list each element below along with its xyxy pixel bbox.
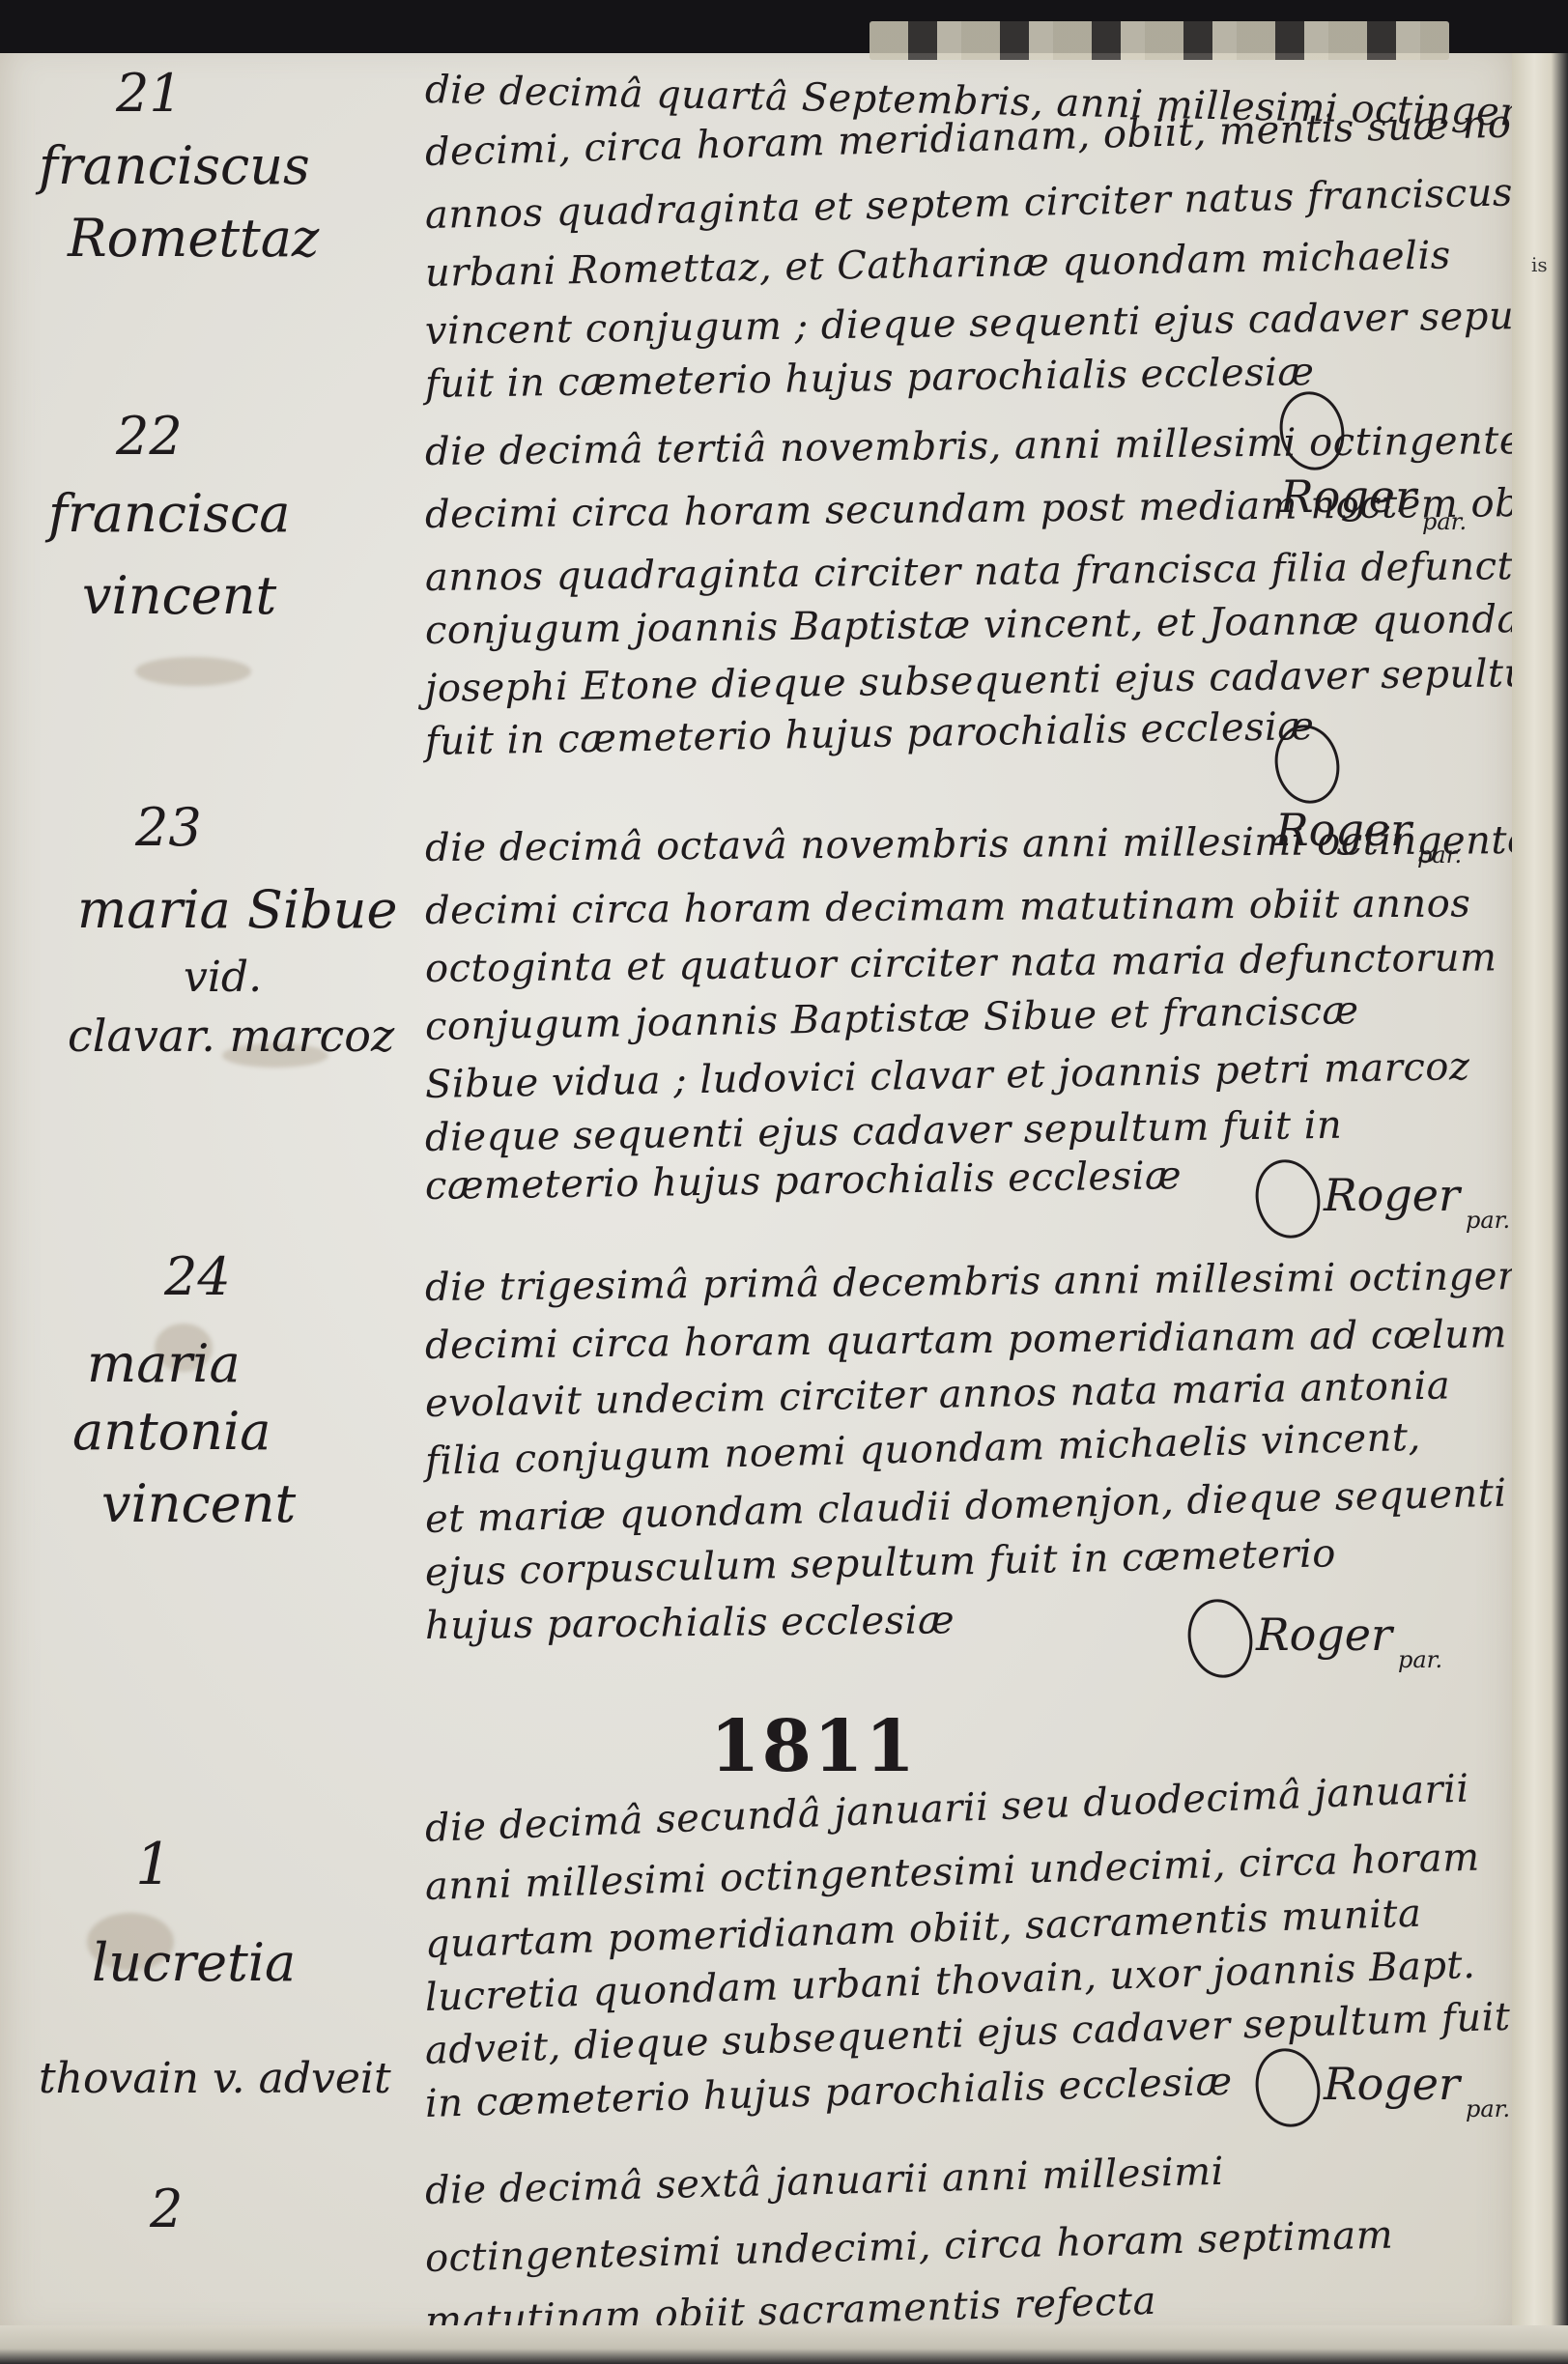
margin-name-line: vid. bbox=[184, 947, 262, 1009]
entry-text-line: conjugum joannis Baptistæ vincent, et Jo… bbox=[425, 597, 1558, 653]
margin-name-line: lucretia bbox=[92, 1932, 296, 1994]
entry-text-line: ejus corpusculum sepultum fuit in cæmete… bbox=[425, 1531, 1337, 1595]
torn-page-edge bbox=[870, 21, 1449, 60]
signature-flourish bbox=[1268, 719, 1347, 810]
margin-name-line: clavar. marcoz bbox=[68, 1005, 394, 1067]
priest-signature: Rogerpar. bbox=[1188, 1599, 1442, 1678]
margin-name-line: antonia bbox=[72, 1401, 271, 1463]
margin-name-line: franciscus bbox=[39, 135, 310, 197]
signature-flourish bbox=[1248, 1154, 1327, 1244]
entry-number: 22 bbox=[116, 406, 183, 467]
scan-bottom-border bbox=[0, 2325, 1568, 2364]
signature-name: Roger bbox=[1256, 1609, 1392, 1661]
margin-name-line: vincent bbox=[101, 1473, 296, 1535]
signature-flourish bbox=[1181, 1593, 1260, 1684]
entry-number: 21 bbox=[116, 63, 183, 124]
margin-name-line: thovain v. adveit bbox=[39, 2048, 391, 2110]
entry-text-line: cæmeterio hujus parochialis ecclesiæ bbox=[425, 1154, 1183, 1209]
entry-text-line: annos quadraginta et septem circiter nat… bbox=[425, 166, 1568, 238]
entry-text-line: decimi circa horam secundam post mediam … bbox=[425, 481, 1562, 537]
signature-title: par. bbox=[1398, 1646, 1442, 1673]
entry-number: 23 bbox=[135, 797, 202, 858]
entry-text-line: conjugum joannis Baptistæ Sibue et franc… bbox=[425, 988, 1359, 1049]
margin-name-line: maria bbox=[87, 1333, 241, 1395]
page-binding-edge bbox=[1512, 53, 1568, 2364]
signature-title: par. bbox=[1466, 2095, 1510, 2122]
year-heading: 1811 bbox=[710, 1705, 917, 1788]
signature-name: Roger bbox=[1324, 2058, 1460, 2110]
margin-name-line: francisca bbox=[48, 483, 290, 545]
signature-name: Roger bbox=[1324, 1169, 1460, 1221]
entry-text-line: die decimâ secundâ januarii seu duodecim… bbox=[424, 1766, 1469, 1850]
signature-title: par. bbox=[1466, 1207, 1510, 1234]
entry-text-line: octingentesimi undecimi, circa horam sep… bbox=[424, 2213, 1393, 2281]
stray-margin-text: is bbox=[1531, 253, 1548, 276]
margin-name-line: maria Sibue bbox=[77, 879, 397, 941]
entry-text-line: octoginta et quatuor circiter nata maria… bbox=[425, 935, 1497, 991]
entry-text-line: fuit in cæmeterio hujus parochialis eccl… bbox=[425, 704, 1315, 764]
entry-text-line: decimi circa horam quartam pomeridianam … bbox=[425, 1312, 1507, 1368]
entry-text-line: josephi Etone dieque subsequenti ejus ca… bbox=[425, 651, 1567, 711]
entry-text-line: Sibue vidua ; ludovici clavar et joannis… bbox=[425, 1044, 1470, 1107]
entry-text-line: dieque sequenti ejus cadaver sepultum fu… bbox=[425, 1103, 1343, 1160]
entry-text-line: decimi circa horam decimam matutinam obi… bbox=[425, 881, 1471, 933]
entry-text-line: hujus parochialis ecclesiæ bbox=[425, 1598, 955, 1648]
entry-number: 1 bbox=[135, 1831, 172, 1898]
manuscript-page: 21 franciscus Romettaz die decimâ quartâ… bbox=[0, 39, 1517, 2343]
entry-text-line: die decimâ octavâ novembris anni millesi… bbox=[425, 817, 1568, 870]
entry-text-line: die trigesimâ primâ decembris anni mille… bbox=[425, 1253, 1568, 1310]
entry-text-line: fuit in cæmeterio hujus parochialis eccl… bbox=[425, 350, 1315, 407]
entry-text-line: evolavit undecim circiter annos nata mar… bbox=[425, 1363, 1451, 1426]
entry-text-line: et mariæ quondam claudii domenjon, diequ… bbox=[424, 1471, 1507, 1542]
ink-stain bbox=[135, 657, 251, 686]
entry-number: 2 bbox=[150, 2179, 183, 2239]
margin-name-line: Romettaz bbox=[68, 208, 319, 270]
entry-text-line: urbani Romettaz, et Catharinæ quondam mi… bbox=[425, 233, 1451, 296]
signature-flourish bbox=[1248, 2042, 1327, 2133]
entry-number: 24 bbox=[164, 1246, 231, 1307]
entry-text-line: filia conjugum noemi quondam michaelis v… bbox=[424, 1415, 1421, 1484]
priest-signature: Rogerpar. bbox=[1256, 1159, 1510, 1239]
entry-text-line: die decimâ sextâ januarii anni millesimi bbox=[424, 2150, 1224, 2213]
priest-signature: Rogerpar. bbox=[1256, 2048, 1510, 2127]
margin-name-line: vincent bbox=[82, 565, 276, 627]
entry-text-line: annos quadraginta circiter nata francisc… bbox=[425, 543, 1568, 600]
entry-text-line: vincent conjugum ; dieque sequenti ejus … bbox=[425, 293, 1568, 354]
